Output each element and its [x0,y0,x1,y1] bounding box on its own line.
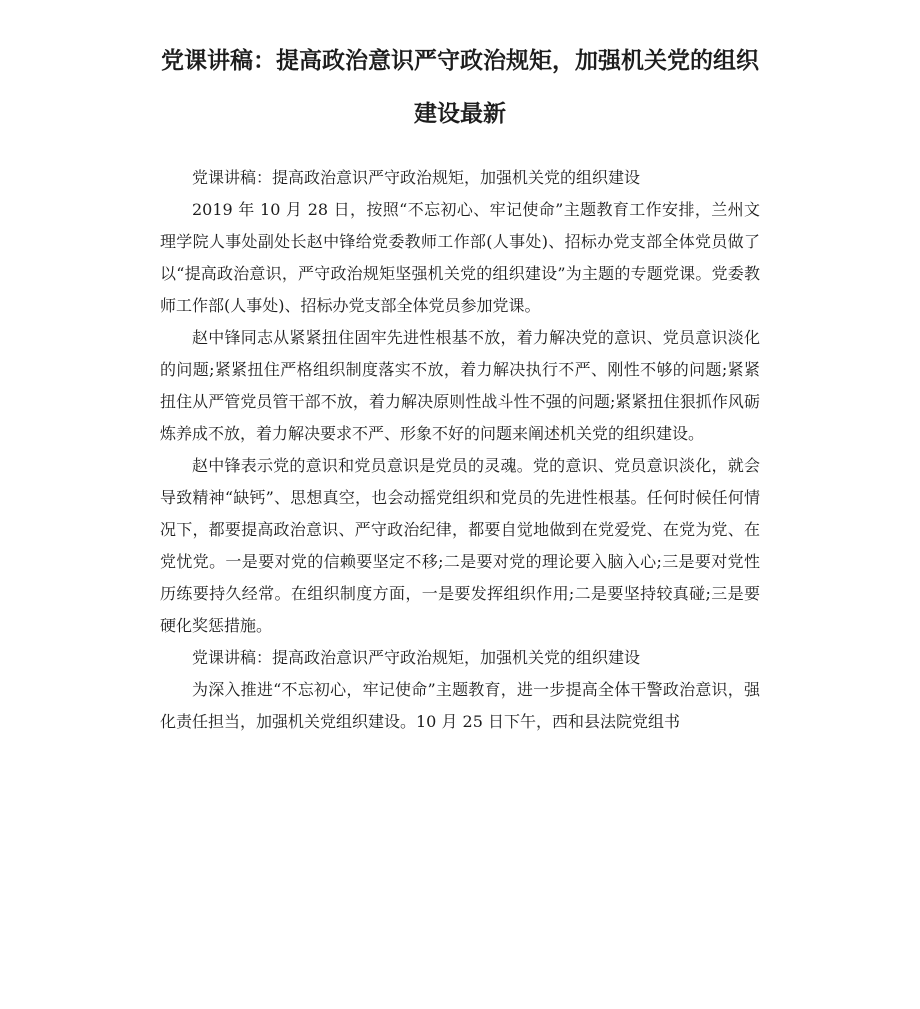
paragraph: 赵中锋表示党的意识和党员意识是党员的灵魂。党的意识、党员意识淡化，就会导致精神“… [160,450,760,642]
paragraph: 赵中锋同志从紧紧扭住固牢先进性根基不放，着力解决党的意识、党员意识淡化的问题;紧… [160,322,760,450]
paragraph: 党课讲稿：提高政治意识严守政治规矩，加强机关党的组织建设 [160,642,760,674]
paragraph: 为深入推进“不忘初心，牢记使命”主题教育，进一步提高全体干警政治意识，强化责任担… [160,674,760,738]
paragraph: 党课讲稿：提高政治意识严守政治规矩，加强机关党的组织建设 [160,162,760,194]
document-title: 党课讲稿：提高政治意识严守政治规矩，加强机关党的组织建设最新 [155,0,765,140]
document-page: 党课讲稿：提高政治意识严守政治规矩，加强机关党的组织建设最新 党课讲稿：提高政治… [0,0,920,1009]
paragraph: 2019 年 10 月 28 日，按照“不忘初心、牢记使命”主题教育工作安排，兰… [160,194,760,322]
document-body: 党课讲稿：提高政治意识严守政治规矩，加强机关党的组织建设2019 年 10 月 … [160,162,760,738]
